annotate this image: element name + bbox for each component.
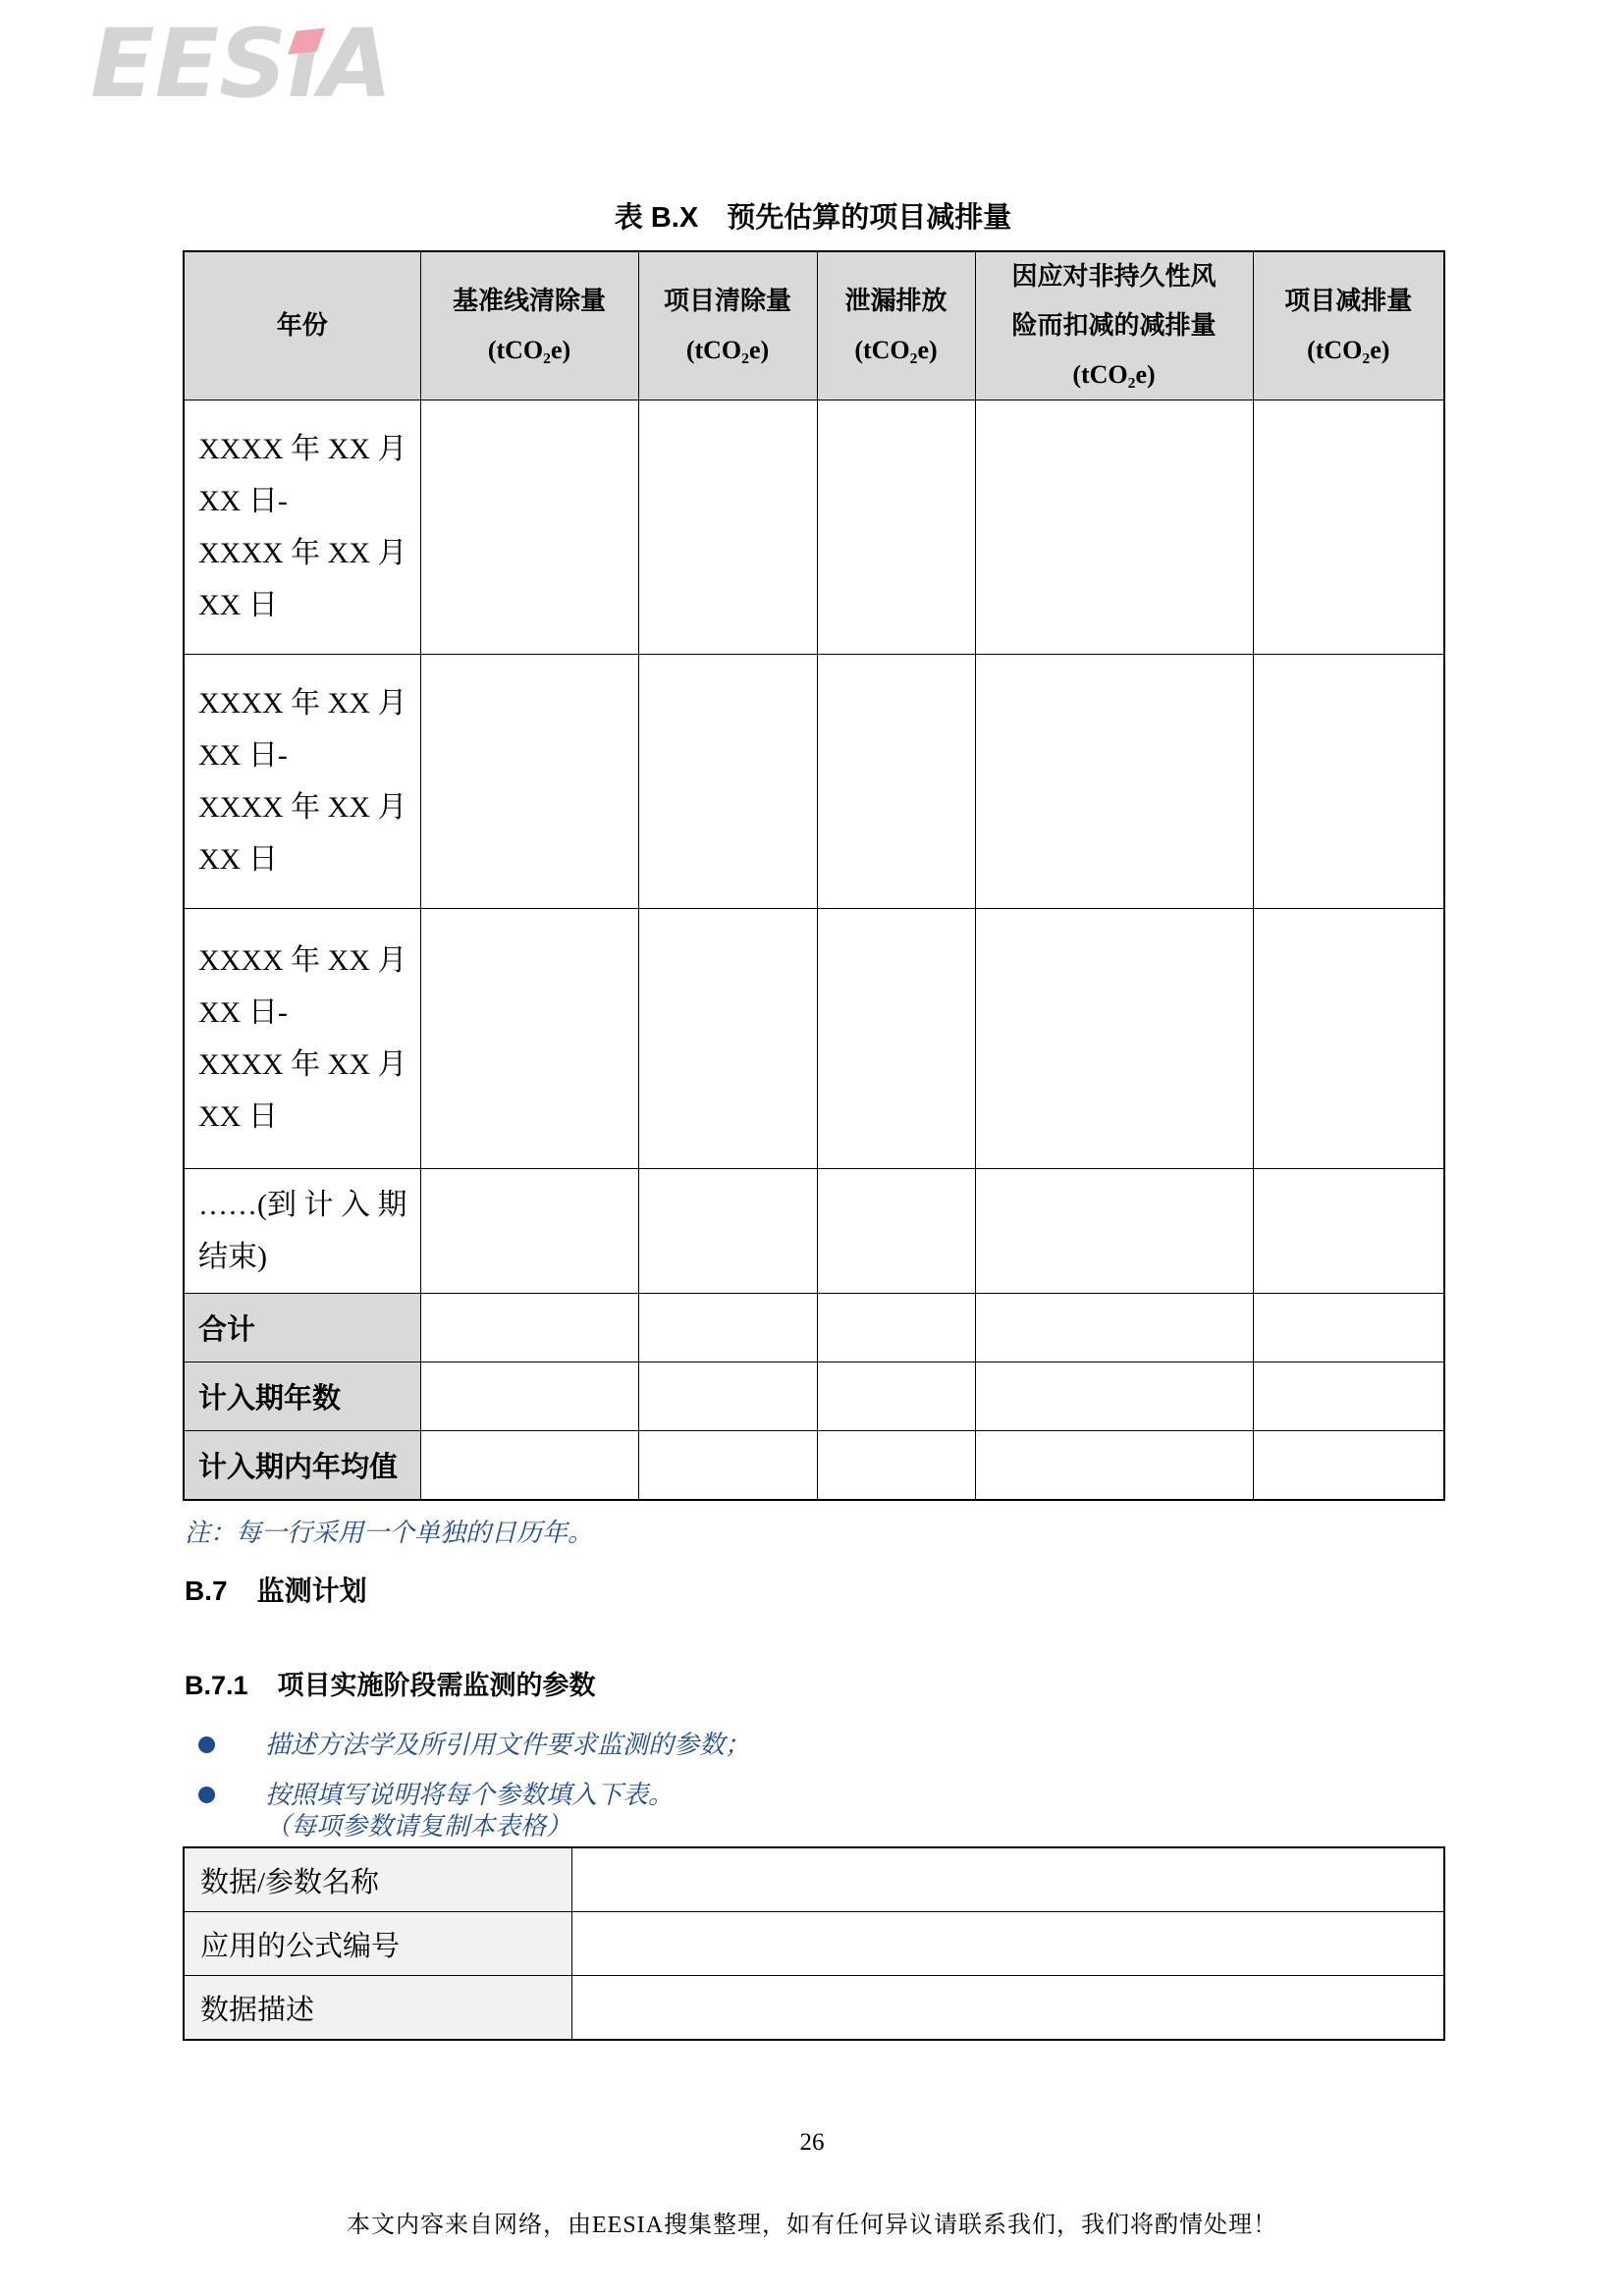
formula-number-value-cell: [571, 1912, 1444, 1976]
section-heading-b7: B.7监测计划: [185, 1571, 367, 1612]
data-description-value-cell: [571, 1976, 1444, 2041]
col-header-baseline-removals: 基准线清除量(tCO₂e): [420, 251, 638, 400]
col-header-year: 年份: [184, 251, 420, 400]
empty-cell: [638, 400, 817, 655]
period-row-2: XXXX 年 XX 月 XX 日- XXXX 年 XX 月 XX 日: [184, 655, 1444, 909]
empty-cell: [420, 1362, 638, 1431]
empty-cell: [975, 1294, 1253, 1362]
period-row-1: XXXX 年 XX 月 XX 日- XXXX 年 XX 月 XX 日: [184, 400, 1444, 655]
empty-cell: [1253, 1431, 1444, 1501]
logo-text-a: A: [319, 9, 392, 119]
crediting-years-row: 计入期年数: [184, 1362, 1444, 1431]
section-title: 监测计划: [257, 1575, 367, 1606]
bullet-icon: [198, 1736, 215, 1753]
empty-cell: [975, 1362, 1253, 1431]
header-row: 年份 基准线清除量(tCO₂e) 项目清除量(tCO₂e) 泄漏排放(tCO₂e…: [184, 251, 1444, 400]
empty-cell: [1253, 1169, 1444, 1294]
empty-cell: [975, 1169, 1253, 1294]
table-row: 数据/参数名称: [184, 1847, 1444, 1912]
annual-average-row: 计入期内年均值: [184, 1431, 1444, 1501]
empty-cell: [817, 1362, 975, 1431]
formula-number-label-cell: 应用的公式编号: [184, 1912, 571, 1976]
empty-cell: [975, 655, 1253, 909]
empty-cell: [420, 400, 638, 655]
section-title: 项目实施阶段需监测的参数: [278, 1671, 596, 1700]
empty-cell: [420, 1431, 638, 1501]
copy-table-note: （每项参数请复制本表格）: [265, 1807, 571, 1846]
col-header-leakage-emissions: 泄漏排放(tCO₂e): [817, 251, 975, 400]
bullet-item: 描述方法学及所引用文件要求监测的参数；: [183, 1724, 1443, 1767]
empty-cell: [817, 1431, 975, 1501]
empty-cell: [420, 1294, 638, 1362]
empty-cell: [638, 1169, 817, 1294]
col-header-project-reductions: 项目减排量(tCO₂e): [1253, 251, 1444, 400]
table-row: 数据描述: [184, 1976, 1444, 2041]
param-name-value-cell: [571, 1847, 1444, 1912]
empty-cell: [1253, 1362, 1444, 1431]
empty-cell: [1253, 1294, 1444, 1362]
bullet-icon: [198, 1787, 215, 1803]
empty-cell: [975, 909, 1253, 1169]
empty-cell: [420, 655, 638, 909]
empty-cell: [975, 1431, 1253, 1501]
empty-cell: [817, 1294, 975, 1362]
empty-cell: [638, 1362, 817, 1431]
parameter-table: 数据/参数名称 应用的公式编号 数据描述: [183, 1846, 1445, 2041]
section-heading-b71: B.7.1项目实施阶段需监测的参数: [185, 1665, 596, 1706]
empty-cell: [1253, 909, 1444, 1169]
estimated-emission-reductions-table: 年份 基准线清除量(tCO₂e) 项目清除量(tCO₂e) 泄漏排放(tCO₂e…: [183, 250, 1445, 1501]
empty-cell: [638, 1431, 817, 1501]
total-label-cell: 合计: [184, 1294, 420, 1362]
table-note: 注：每一行采用一个单独的日历年。: [185, 1513, 593, 1554]
empty-cell: [638, 655, 817, 909]
footer-disclaimer: 本文内容来自网络，由EESIA搜集整理，如有任何异议请联系我们，我们将酌情处理！: [0, 2205, 1624, 2239]
param-name-label-cell: 数据/参数名称: [184, 1847, 571, 1912]
logo-text-i: ı: [287, 9, 319, 119]
total-row: 合计: [184, 1294, 1444, 1362]
bullet-text: 按照填写说明将每个参数填入下表。: [265, 1781, 674, 1809]
until-end-cell: ……(到 计 入 期 结束): [184, 1169, 420, 1294]
until-end-row: ……(到 计 入 期 结束): [184, 1169, 1444, 1294]
period-row-3: XXXX 年 XX 月 XX 日- XXXX 年 XX 月 XX 日: [184, 909, 1444, 1169]
empty-cell: [1253, 400, 1444, 655]
year-period-cell: XXXX 年 XX 月 XX 日- XXXX 年 XX 月 XX 日: [184, 655, 420, 909]
page-number: 26: [0, 2129, 1624, 2157]
empty-cell: [638, 1294, 817, 1362]
table-row: 应用的公式编号: [184, 1912, 1444, 1976]
crediting-years-label-cell: 计入期年数: [184, 1362, 420, 1431]
empty-cell: [817, 1169, 975, 1294]
section-number: B.7.1: [185, 1671, 248, 1700]
section-number: B.7: [185, 1575, 228, 1606]
empty-cell: [420, 1169, 638, 1294]
year-period-cell: XXXX 年 XX 月 XX 日- XXXX 年 XX 月 XX 日: [184, 400, 420, 655]
document-page: EESıA 表 B.X 预先估算的项目减排量 年份 基准线清除量(tCO₂e) …: [0, 0, 1624, 2296]
empty-cell: [817, 909, 975, 1169]
empty-cell: [975, 400, 1253, 655]
col-header-project-removals: 项目清除量(tCO₂e): [638, 251, 817, 400]
bullet-text: 描述方法学及所引用文件要求监测的参数；: [265, 1731, 750, 1759]
annual-average-label-cell: 计入期内年均值: [184, 1431, 420, 1501]
logo-text-ees: EES: [90, 9, 287, 119]
empty-cell: [1253, 655, 1444, 909]
col-header-non-permanence-deduction: 因应对非持久性风 险而扣减的减排量(tCO₂e): [975, 251, 1253, 400]
empty-cell: [420, 909, 638, 1169]
empty-cell: [638, 909, 817, 1169]
year-period-cell: XXXX 年 XX 月 XX 日- XXXX 年 XX 月 XX 日: [184, 909, 420, 1169]
empty-cell: [817, 400, 975, 655]
eesia-logo: EESıA: [90, 10, 393, 128]
data-description-label-cell: 数据描述: [184, 1976, 571, 2041]
empty-cell: [817, 655, 975, 909]
table-title: 表 B.X 预先估算的项目减排量: [183, 196, 1443, 240]
